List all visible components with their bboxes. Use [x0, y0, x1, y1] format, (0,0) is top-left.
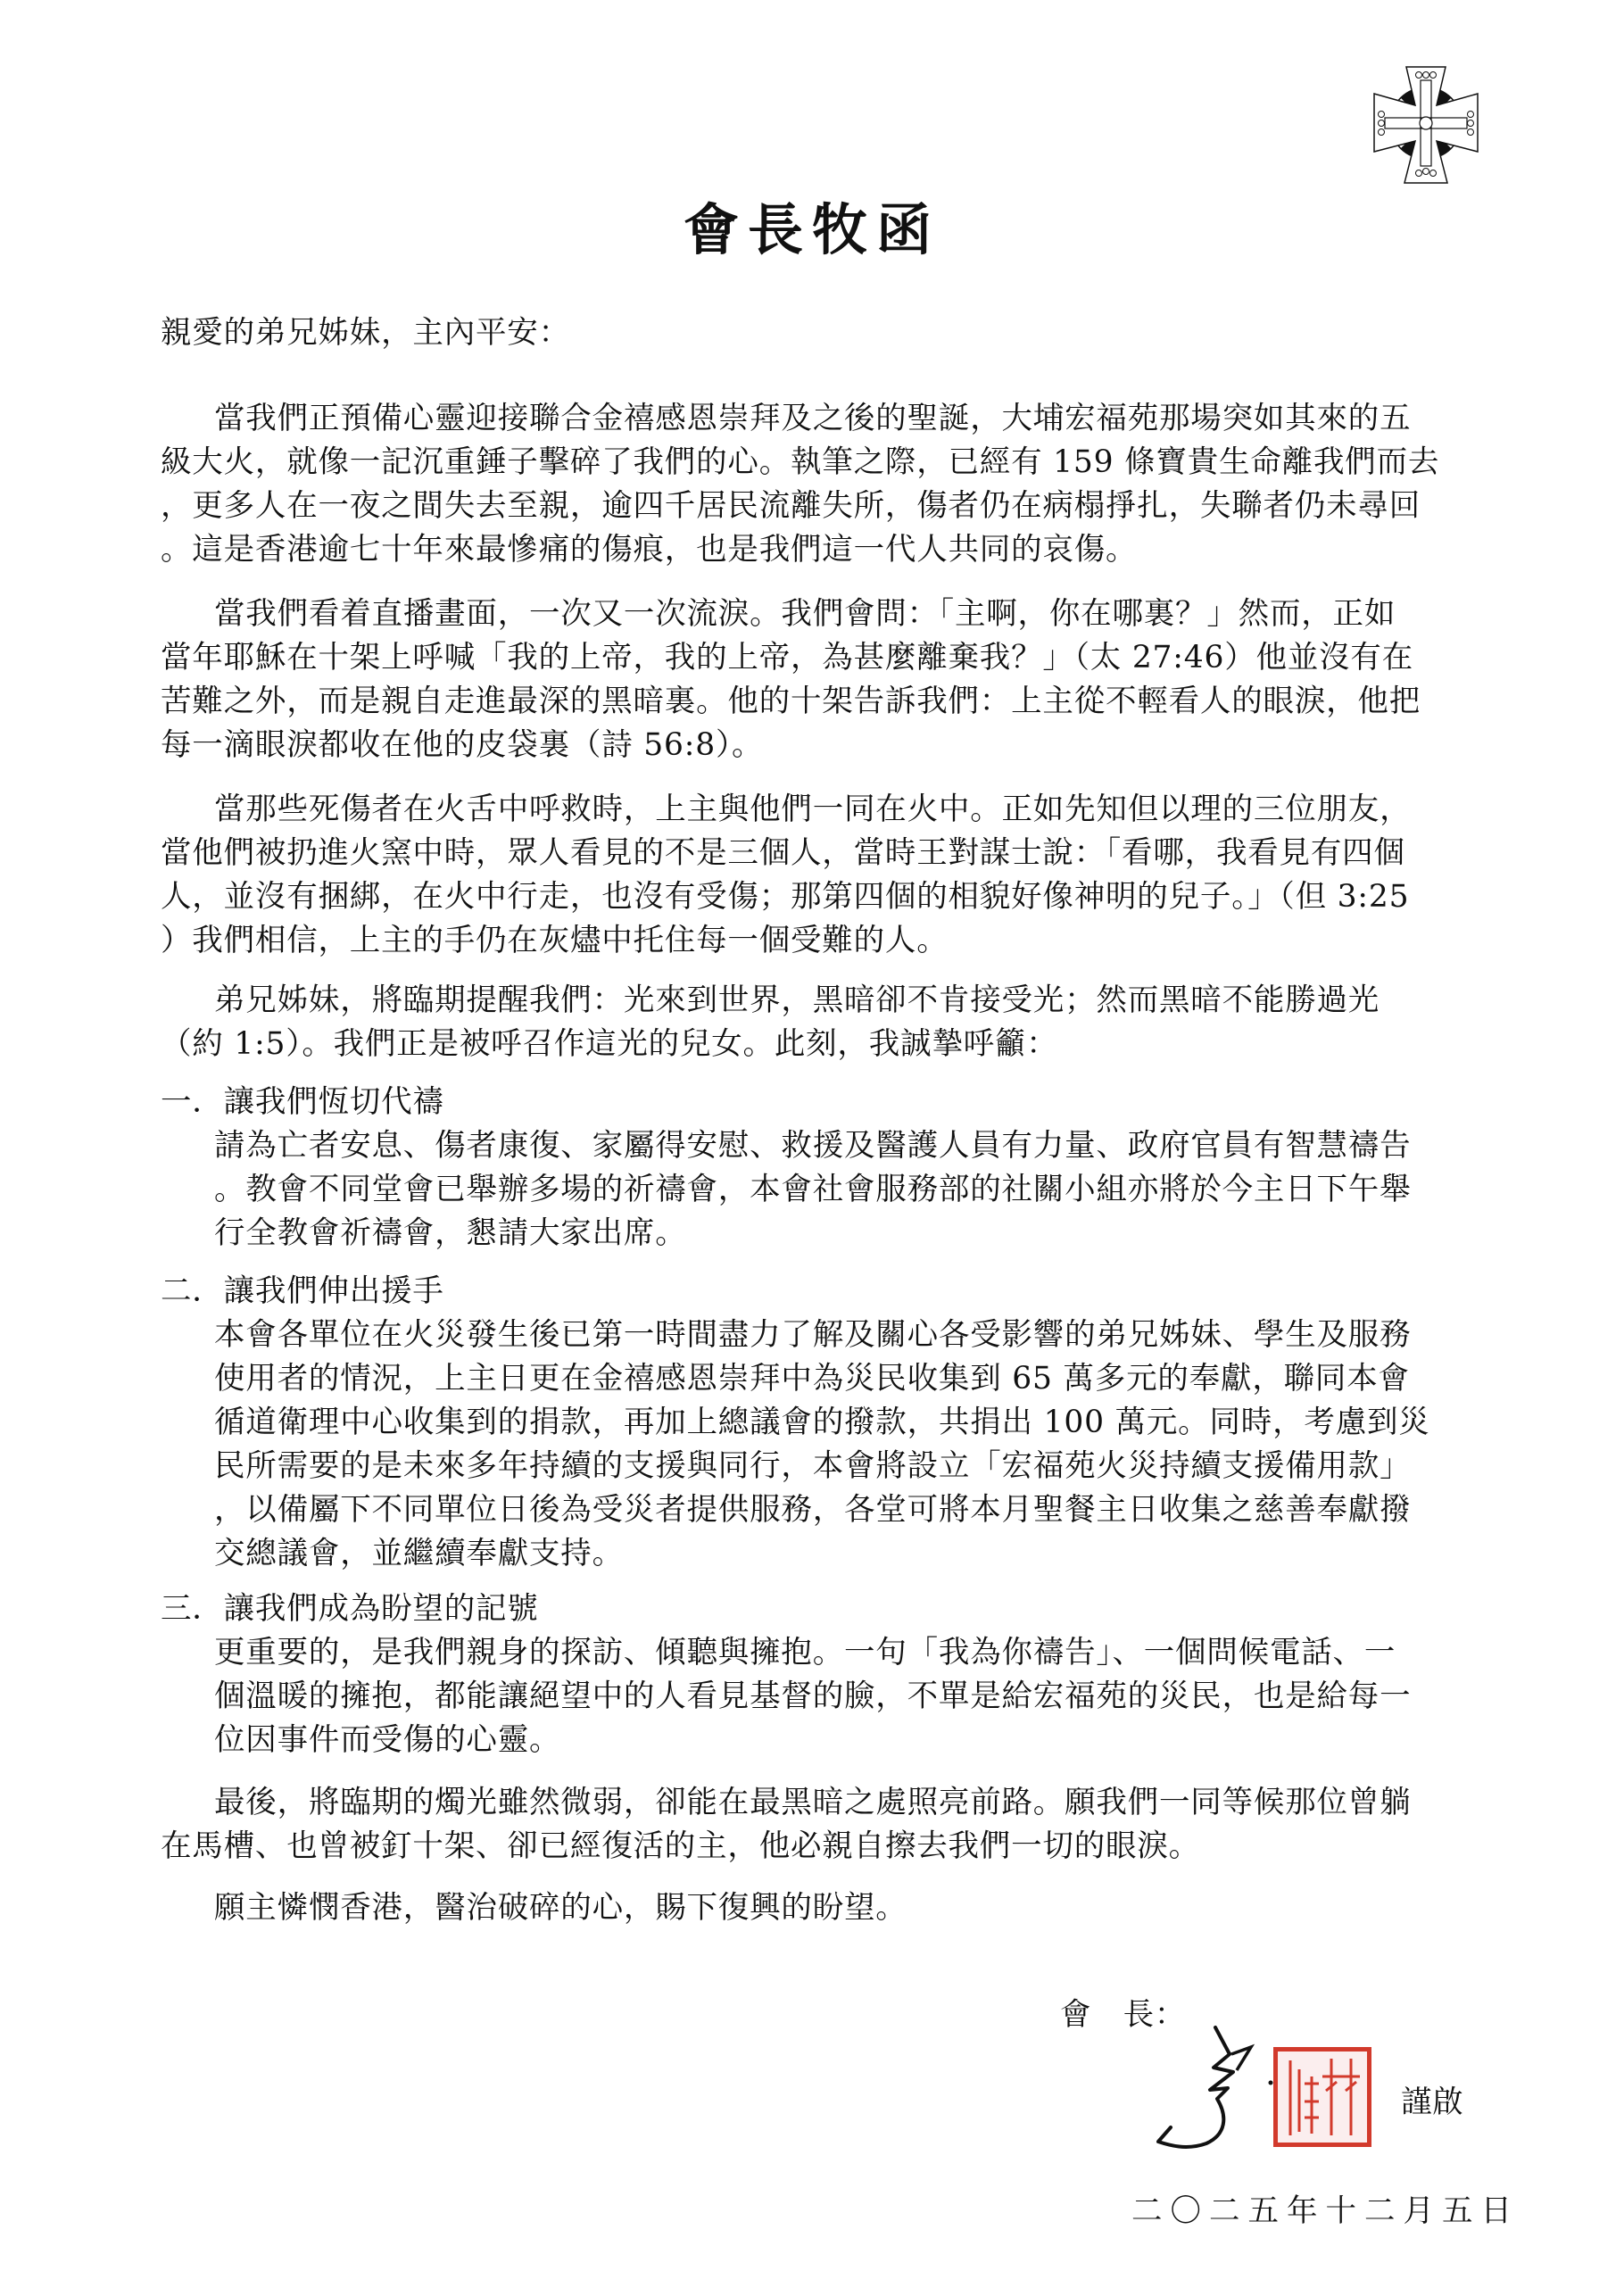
- paragraph-line: 級大火，就像一記沉重錘子擊碎了我們的心。執筆之際，已經有 159 條寶貴生命離我…: [161, 444, 1439, 480]
- paragraph-line: ，更多人在一夜之間失去至親，逾四千居民流離失所，傷者仍在病榻掙扎，失聯者仍未尋回: [161, 488, 1421, 524]
- paragraph-line: 。這是香港逾七十年來最慘痛的傷痕，也是我們這一代人共同的哀傷。: [161, 532, 1137, 568]
- paragraph-line: 當年耶穌在十架上呼喊「我的上帝，我的上帝，為甚麼離棄我？」（太 27:46）他並…: [161, 640, 1413, 676]
- closing-blessing: 願主憐憫香港，醫治破碎的心，賜下復興的盼望。: [214, 1890, 907, 1926]
- appeal-line: 本會各單位在火災發生後已第一時間盡力了解及關心各受影響的弟兄姊妹、學生及服務: [214, 1317, 1411, 1353]
- celtic-cross-crest-icon: [1363, 62, 1488, 187]
- appeal-line: 。教會不同堂會已舉辦多場的祈禱會，本會社會服務部的社關小組亦將於今主日下午舉: [214, 1172, 1411, 1207]
- paragraph-line: （約 1:5）。我們正是被呼召作這光的兒女。此刻，我誠摯呼籲：: [161, 1026, 1058, 1062]
- paragraph-line: 當我們正預備心靈迎接聯合金禧感恩崇拜及之後的聖誕，大埔宏福苑那場突如其來的五: [214, 401, 1411, 436]
- paragraph-line: 每一滴眼淚都收在他的皮袋裏（詩 56:8）。: [161, 727, 763, 763]
- closing-line: 在馬槽、也曾被釘十架、卻已經復活的主，他必親自擦去我們一切的眼淚。: [161, 1828, 1200, 1864]
- paragraph-line: 人，並沒有捆綁，在火中行走，也沒有受傷；那第四個的相貌好像神明的兒子。」（但 3…: [161, 879, 1409, 915]
- letter-page: 會長牧函 親愛的弟兄姊妹，主內平安： 當我們正預備心靈迎接聯合金禧感恩崇拜及之後…: [0, 0, 1624, 2296]
- paragraph-line: 當那些死傷者在火舌中呼救時，上主與他們一同在火中。正如先知但以理的三位朋友，: [214, 792, 1411, 827]
- paragraph-line: 當他們被扔進火窯中時，眾人看見的不是三個人，當時王對謀士說：「看哪，我看見有四個: [161, 835, 1405, 871]
- paragraph-line: 弟兄姊妹，將臨期提醒我們：光來到世界，黑暗卻不肯接受光；然而黑暗不能勝過光: [214, 982, 1380, 1018]
- appeal-line: 請為亡者安息、傷者康復、家屬得安慰、救援及醫護人員有力量、政府官員有智慧禱告: [214, 1128, 1411, 1164]
- paragraph-line: 苦難之外，而是親自走進最深的黑暗裏。他的十架告訴我們：上主從不輕看人的眼淚，他把: [161, 684, 1421, 719]
- appeal-heading: 一．讓我們恆切代禱: [161, 1084, 444, 1120]
- appeal-line: ，以備屬下不同單位日後為受災者提供服務，各堂可將本月聖餐主日收集之慈善奉獻撥: [214, 1492, 1411, 1528]
- appeal-line: 更重要的，是我們親身的探訪、傾聽與擁抱。一句「我為你禱告」、一個問候電話、一: [214, 1635, 1396, 1670]
- paragraph-line: ）我們相信，上主的手仍在灰燼中托住每一個受難的人。: [161, 923, 949, 958]
- appeal-line: 民所需要的是未來多年持續的支援與同行，本會將設立「宏福苑火災持續支援備用款」: [214, 1448, 1411, 1484]
- appeal-heading: 三．讓我們成為盼望的記號: [161, 1591, 539, 1627]
- letter-title: 會長牧函: [0, 186, 1624, 265]
- appeal-line: 個溫暖的擁抱，都能讓絕望中的人看見基督的臉，不單是給宏福苑的災民，也是給每一: [214, 1678, 1411, 1714]
- red-seal-stamp: [1273, 2047, 1371, 2147]
- appeal-line: 位因事件而受傷的心靈。: [214, 1722, 560, 1758]
- appeal-heading: 二．讓我們伸出援手: [161, 1273, 444, 1309]
- signoff-suffix: 謹啟: [1401, 2085, 1464, 2120]
- salutation: 親愛的弟兄姊妹，主內平安：: [161, 315, 570, 351]
- signoff-date: 二〇二五年十二月五日: [1131, 2193, 1520, 2229]
- paragraph-line: 當我們看着直播畫面，一次又一次流淚。我們會問：「主啊，你在哪裏？」然而，正如: [214, 596, 1396, 632]
- appeal-line: 使用者的情況，上主日更在金禧感恩崇拜中為災民收集到 65 萬多元的奉獻，聯同本會: [214, 1361, 1410, 1397]
- closing-line: 最後，將臨期的燭光雖然微弱，卻能在最黑暗之處照亮前路。願我們一同等候那位曾躺: [214, 1785, 1411, 1820]
- signature: [1151, 2018, 1276, 2152]
- appeal-line: 行全教會祈禱會，懇請大家出席。: [214, 1215, 687, 1251]
- appeal-line: 循道衛理中心收集到的捐款，再加上總議會的撥款，共捐出 100 萬元。同時，考慮到…: [214, 1405, 1430, 1440]
- appeal-line: 交總議會，並繼續奉獻支持。: [214, 1536, 624, 1571]
